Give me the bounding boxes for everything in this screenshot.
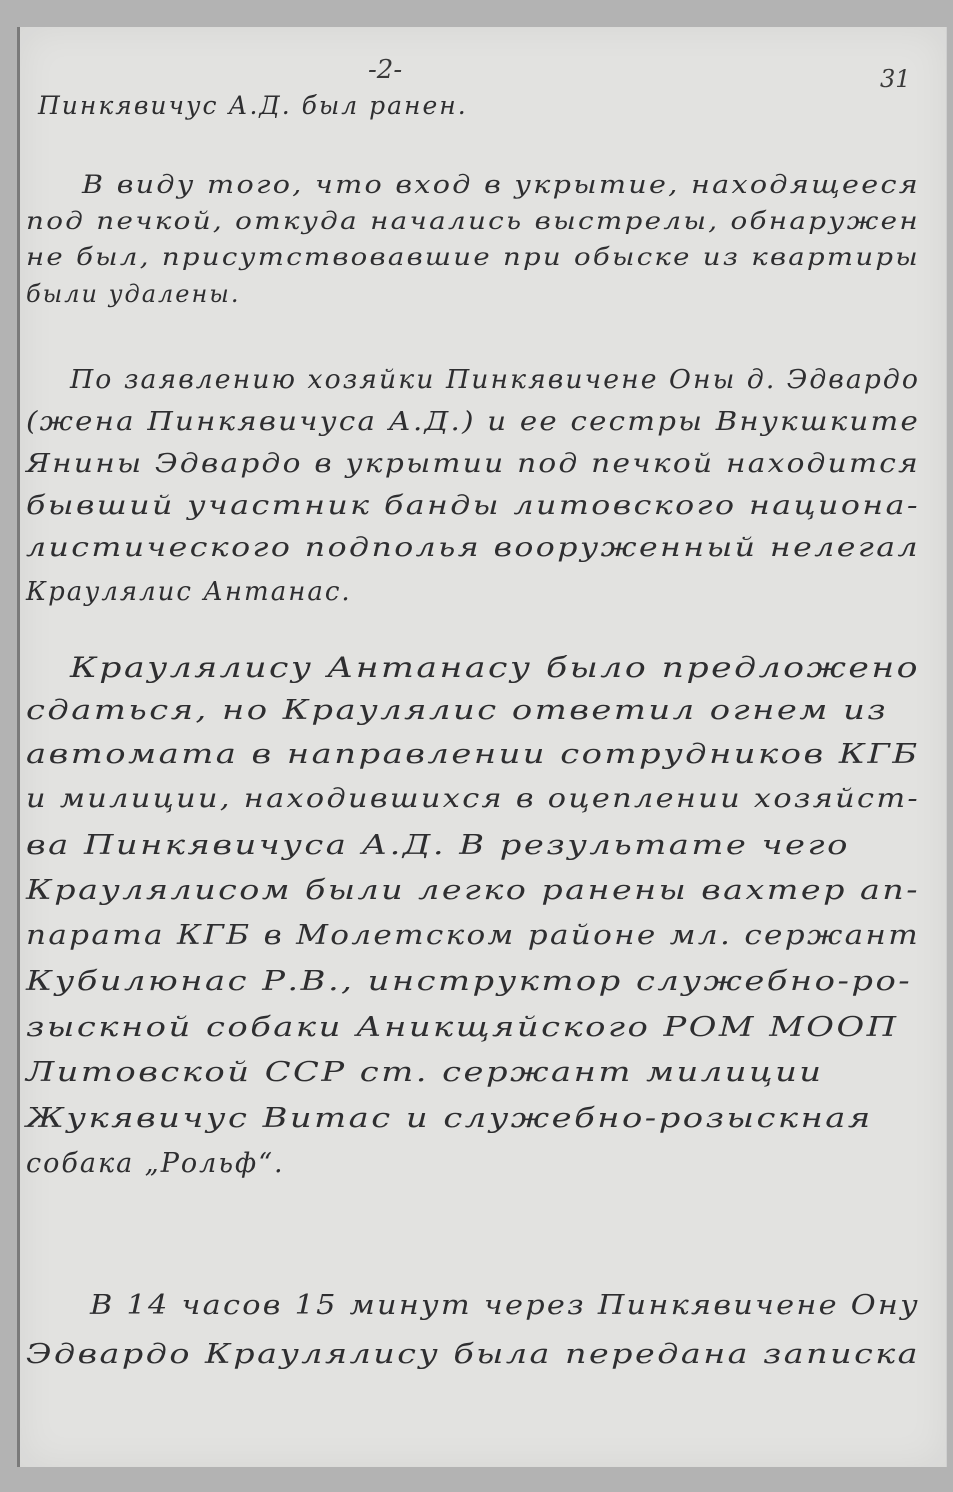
text-line: зыскной собаки Аникщяйского РОМ МООП [26, 1012, 899, 1043]
text-line: листического подполья вооруженный нелега… [26, 533, 920, 563]
text-line: Краулялис Антанас. [26, 577, 352, 607]
text-line: Жукявичус Витас и служебно-розыскная [26, 1103, 873, 1134]
text-line: автомата в направлении сотрудников КГБ [26, 739, 920, 770]
text-line: и милиции, находившихся в оцеплении хозя… [26, 784, 920, 814]
text-line: Литовской ССР ст. сержант милиции [26, 1057, 824, 1088]
text-line: Краулялису Антанасу было предложено [70, 651, 920, 684]
page-label: -2- [368, 55, 402, 85]
text-line: не был, присутствовавшие при обыске из к… [26, 243, 920, 271]
text-line: Пинкявичус А.Д. был ранен. [38, 91, 468, 120]
text-line: под печкой, откуда начались выстрелы, об… [26, 207, 920, 235]
text-line: парата КГБ в Молетском районе мл. сержан… [26, 920, 920, 951]
text-line: (жена Пинкявичуса А.Д.) и ее сестры Внук… [26, 407, 920, 437]
text-line: собака „Рольф“. [26, 1148, 285, 1179]
text-line: Эдвардо Краулялису была передана записка [26, 1339, 920, 1370]
text-line: ва Пинкявичуса А.Д. В результате чего [26, 830, 850, 861]
text-line: По заявлению хозяйки Пинкявичене Оны д. … [70, 365, 920, 395]
text-line: сдаться, но Краулялис ответил огнем из [26, 695, 888, 726]
text-line: В 14 часов 15 минут через Пинкявичене Он… [90, 1290, 920, 1321]
document-page: -2- 31 Пинкявичус А.Д. был ранен. В виду… [17, 27, 947, 1467]
text-line: бывший участник банды литовского национа… [26, 491, 920, 521]
text-line: были удалены. [26, 280, 240, 308]
text-line: Кубилюнас Р.В., инструктор служебно-ро- [26, 966, 912, 997]
text-line: Краулялисом были легко ранены вахтер ап- [26, 875, 920, 906]
sheet-number: 31 [880, 65, 911, 93]
text-line: В виду того, что вход в укрытие, находящ… [82, 170, 920, 199]
text-line: Янины Эдвардо в укрытии под печкой наход… [26, 449, 920, 479]
